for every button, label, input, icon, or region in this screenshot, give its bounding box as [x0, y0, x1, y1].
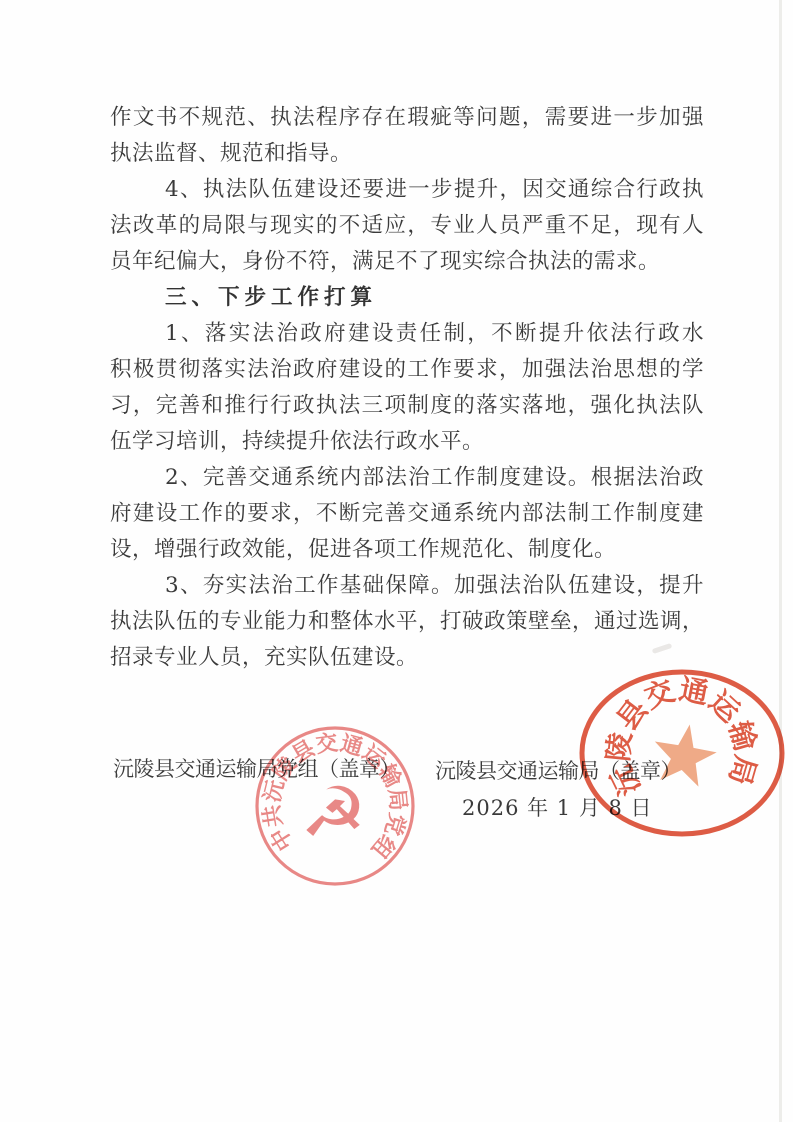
seal-char: 交 [314, 730, 339, 759]
scan-artifact-line [779, 0, 782, 1122]
text-line: 伍学习培训，持续提升依法行政水平。 [110, 424, 704, 460]
text-line: 员年纪偏大，身份不符，满足不了现实综合执法的需求。 [110, 244, 704, 280]
text-line: 1、落实法治政府建设责任制，不断提升依法行政水平。 [110, 316, 704, 352]
hammer-sickle-icon: ☭ [298, 768, 371, 858]
text-line: 法改革的局限与现实的不适应，专业人员严重不足，现有人 [110, 208, 704, 244]
text-line: 2、完善交通系统内部法治工作制度建设。根据法治政 [110, 460, 704, 496]
seal-char: 局 [383, 787, 410, 811]
text-line: 执法监督、规范和指导。 [110, 136, 704, 172]
document-page: 作文书不规范、执法程序存在瑕疵等问题，需要进一步加强 执法监督、规范和指导。 4… [0, 0, 793, 1122]
text-line: 4、执法队伍建设还要进一步提升，因交通综合行政执 [110, 172, 704, 208]
text-line: 府建设工作的要求，不断完善交通系统内部法制工作制度建 [110, 496, 704, 532]
text-line: 执法队伍的专业能力和整体水平，打破政策壁垒，通过选调， [110, 604, 704, 640]
text-line: 作文书不规范、执法程序存在瑕疵等问题，需要进一步加强 [110, 100, 704, 136]
text-line: 3、夯实法治工作基础保障。加强法治队伍建设，提升 [110, 568, 704, 604]
star-icon [648, 719, 720, 789]
section-heading: 三、下步工作打算 [110, 280, 704, 316]
text-line: 习，完善和推行行政执法三项制度的落实落地，强化执法队 [110, 388, 704, 424]
seal-arc-text: 沅陵县交通运输局 [601, 672, 763, 801]
document-body: 作文书不规范、执法程序存在瑕疵等问题，需要进一步加强 执法监督、规范和指导。 4… [110, 100, 704, 676]
bureau-seal: 沅陵县交通运输局 [574, 661, 792, 847]
party-group-seal: 中共沅陵县交通运输局党组 ☭ [250, 721, 420, 891]
seal-char: 沅 [604, 760, 647, 801]
seal-char: 共 [260, 803, 288, 829]
seal-char: 局 [722, 752, 763, 789]
text-line: 设，增强行政效能，促进各项工作规范化、制度化。 [110, 532, 704, 568]
text-line: 积极贯彻落实法治政府建设的工作要求，加强法治思想的学 [110, 352, 704, 388]
seal-char: 陵 [601, 731, 638, 763]
